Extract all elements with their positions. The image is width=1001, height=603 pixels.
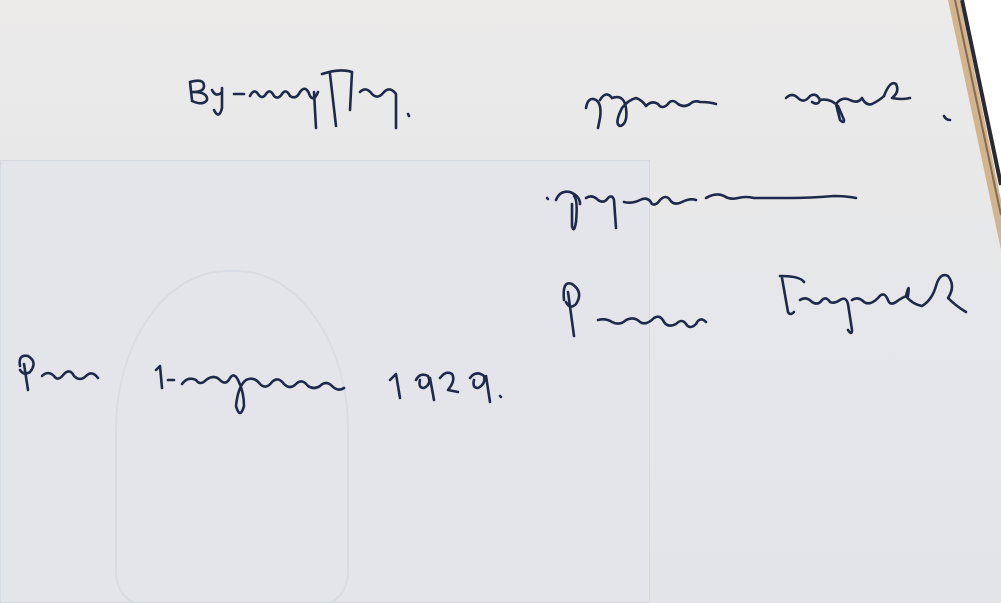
handwriting-line-2 [547, 192, 856, 230]
handwriting-line-1 [190, 70, 409, 128]
photo-scene: Вујисаву Трому, уредник одборе, пријатељ… [0, 0, 1001, 603]
handwriting-line-1-continued [586, 83, 950, 128]
handwriting-date-line [20, 356, 501, 413]
handwriting-signature [564, 275, 966, 336]
